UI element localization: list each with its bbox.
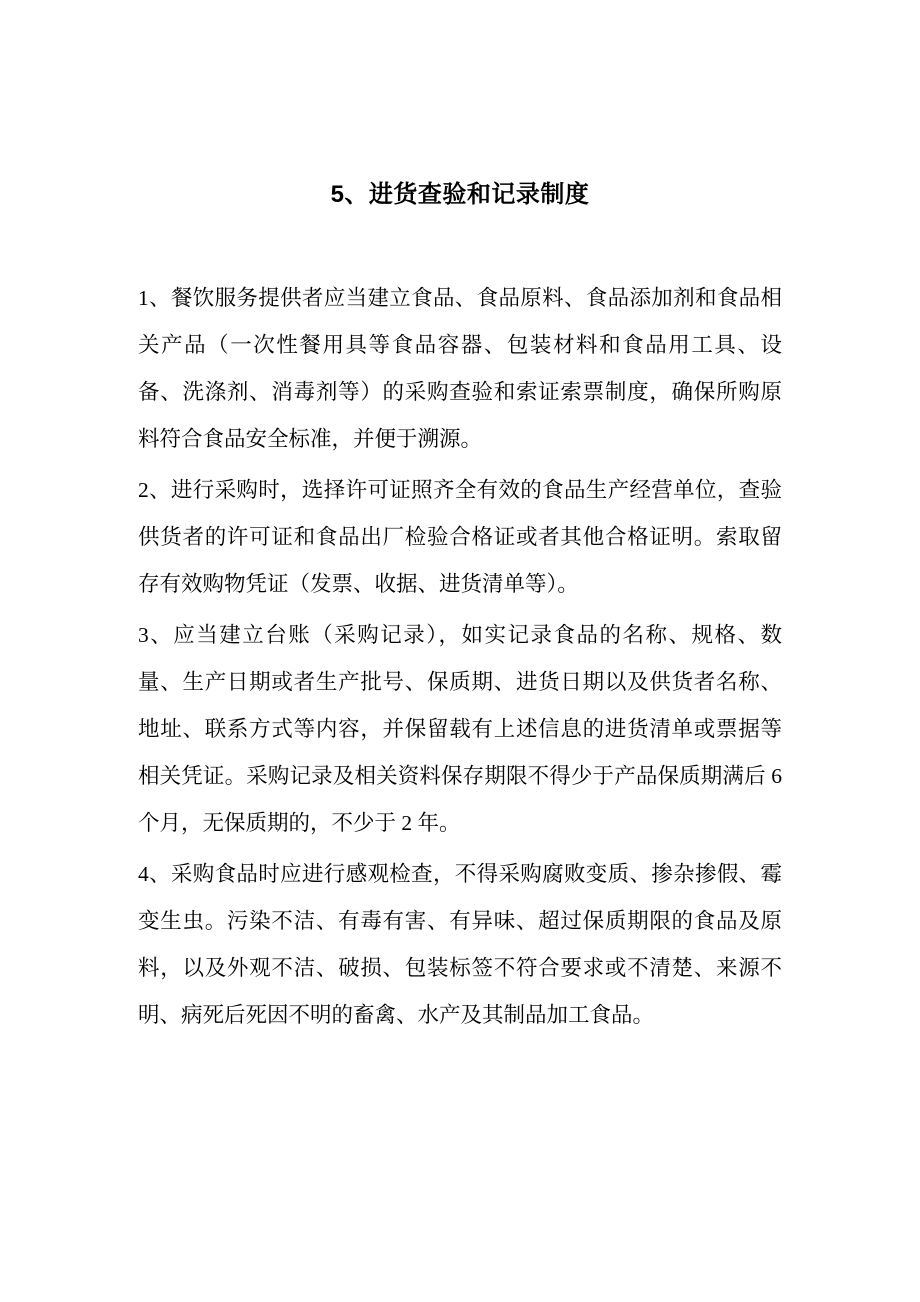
paragraph-2: 2、进行采购时，选择许可证照齐全有效的食品生产经营单位，查验供货者的许可证和食品… (138, 467, 782, 608)
paragraph-3: 3、应当建立台账（采购记录），如实记录食品的名称、规格、数量、生产日期或者生产批… (138, 612, 782, 847)
document-page: 5、进货查验和记录制度 1、餐饮服务提供者应当建立食品、食品原料、食品添加剂和食… (0, 0, 920, 1302)
document-title: 5、进货查验和记录制度 (138, 181, 782, 209)
paragraph-1: 1、餐饮服务提供者应当建立食品、食品原料、食品添加剂和食品相关产品（一次性餐用具… (138, 275, 782, 463)
paragraph-4: 4、采购食品时应进行感观检查，不得采购腐败变质、掺杂掺假、霉变生虫。污染不洁、有… (138, 851, 782, 1039)
